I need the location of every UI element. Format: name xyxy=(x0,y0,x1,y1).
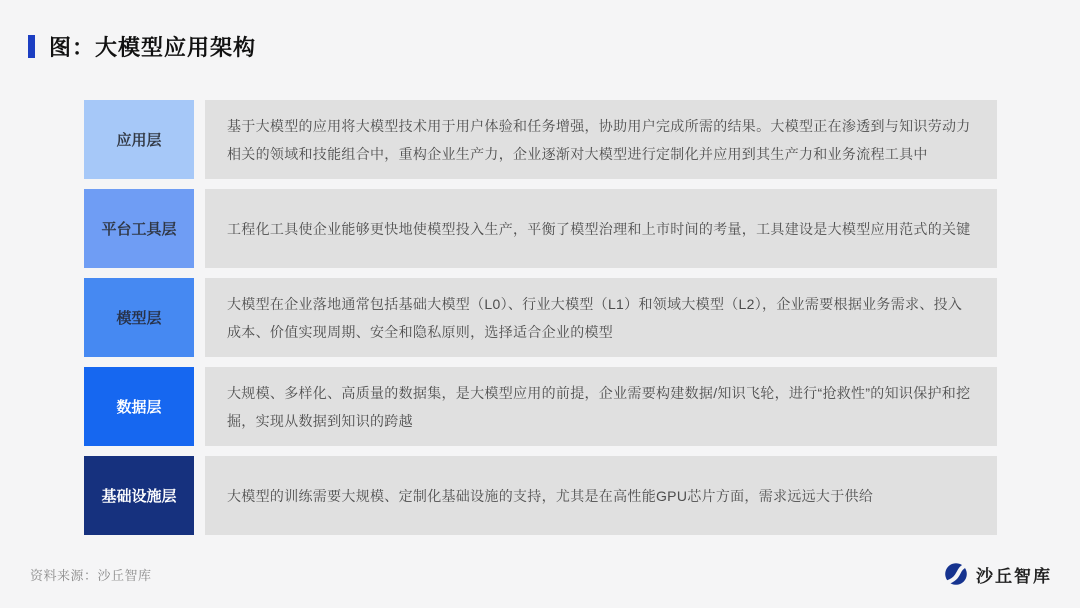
infographic-page: 图：大模型应用架构 应用层 基于大模型的应用将大模型技术用于用户体验和任务增强，… xyxy=(0,0,1080,608)
layer-label-platform-tools: 平台工具层 xyxy=(84,189,194,268)
layer-row-model: 模型层 大模型在企业落地通常包括基础大模型（L0）、行业大模型（L1）和领域大模… xyxy=(84,278,997,357)
page-header: 图：大模型应用架构 xyxy=(0,0,1080,62)
layer-row-platform-tools: 平台工具层 工程化工具使企业能够更快地使模型投入生产，平衡了模型治理和上市时间的… xyxy=(84,189,997,268)
layer-description-model: 大模型在企业落地通常包括基础大模型（L0）、行业大模型（L1）和领域大模型（L2… xyxy=(205,278,997,357)
layer-description-platform-tools: 工程化工具使企业能够更快地使模型投入生产，平衡了模型治理和上市时间的考量，工具建… xyxy=(205,189,997,268)
layer-row-data: 数据层 大规模、多样化、高质量的数据集，是大模型应用的前提，企业需要构建数据/知… xyxy=(84,367,997,446)
architecture-layers: 应用层 基于大模型的应用将大模型技术用于用户体验和任务增强，协助用户完成所需的结… xyxy=(84,100,997,535)
layer-row-infrastructure: 基础设施层 大模型的训练需要大规模、定制化基础设施的支持，尤其是在高性能GPU芯… xyxy=(84,456,997,535)
layer-label-model: 模型层 xyxy=(84,278,194,357)
brand-name: 沙丘智库 xyxy=(976,562,1052,587)
layer-description-application: 基于大模型的应用将大模型技术用于用户体验和任务增强，协助用户完成所需的结果。大模… xyxy=(205,100,997,179)
source-note: 资料来源：沙丘智库 xyxy=(30,565,152,584)
layer-row-application: 应用层 基于大模型的应用将大模型技术用于用户体验和任务增强，协助用户完成所需的结… xyxy=(84,100,997,179)
layer-description-infrastructure: 大模型的训练需要大规模、定制化基础设施的支持，尤其是在高性能GPU芯片方面，需求… xyxy=(205,456,997,535)
layer-label-data: 数据层 xyxy=(84,367,194,446)
layer-description-data: 大规模、多样化、高质量的数据集，是大模型应用的前提，企业需要构建数据/知识飞轮，… xyxy=(205,367,997,446)
layer-label-application: 应用层 xyxy=(84,100,194,179)
page-title: 图：大模型应用架构 xyxy=(49,31,256,62)
layer-label-infrastructure: 基础设施层 xyxy=(84,456,194,535)
sandhill-s-logo-icon xyxy=(944,562,968,586)
brand-logo: 沙丘智库 xyxy=(944,562,1052,587)
page-footer: 资料来源：沙丘智库 沙丘智库 xyxy=(0,554,1080,594)
title-accent-bar xyxy=(28,35,35,58)
